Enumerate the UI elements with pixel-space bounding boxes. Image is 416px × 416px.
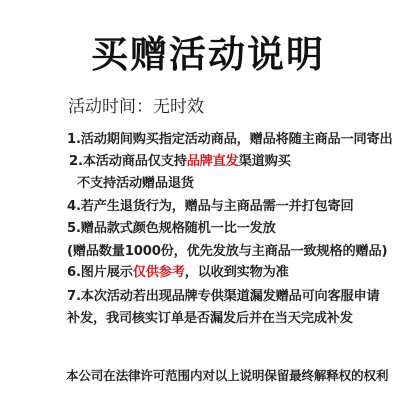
rule-2: 2.本活动商品仅支持品牌直发渠道购买 <box>69 150 291 169</box>
rule-3: 不支持活动赠品退货 <box>77 172 194 191</box>
activity-time: 活动时间：无时效 <box>68 92 204 117</box>
rule-7: 7.本次活动若出现品牌专供渠道漏发赠品可向客服申请 <box>67 285 380 304</box>
rule-1: 1.活动期间购买指定活动商品，赠品将随主商品一同寄出 <box>67 128 392 147</box>
rule-2-pre: 2.本活动商品仅支持 <box>69 154 187 169</box>
rule-2-post: 渠道购买 <box>239 154 291 169</box>
rule-5: 5.赠品款式颜色规格随机一比一发放 <box>67 217 276 236</box>
rule-2-highlight: 品牌直发 <box>187 154 239 169</box>
rule-6: 6.图片展示仅供参考，以收到实物为准 <box>67 261 289 280</box>
rule-6-pre: 6.图片展示 <box>67 265 133 280</box>
page-title: 买赠活动说明 <box>0 24 416 78</box>
rule-6-post: ，以收到实物为准 <box>185 265 289 280</box>
rule-5-note: (赠品数量1000份，优先发放与主商品一致规格的赠品) <box>67 240 387 259</box>
footer-disclaimer: 本公司在法律许可范围内对以上说明保留最终解释权的权利 <box>66 365 388 384</box>
rule-6-highlight: 仅供参考 <box>133 265 185 280</box>
rule-4: 4.若产生退货行为，赠品与主商品需一并打包寄回 <box>67 195 354 214</box>
rule-7-cont: 补发，我司核实订单是否漏发后并在当天完成补发 <box>67 307 353 326</box>
